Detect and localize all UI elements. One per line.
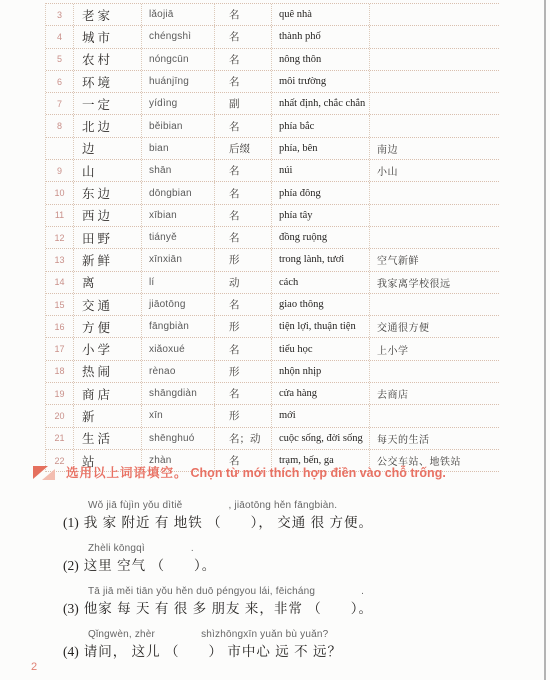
vocab-row: 16 方便 fāngbiàn 形 tiện lợi, thuận tiện 交通… [46,316,499,338]
vietnamese-meaning: trong lành, tươi [271,249,369,270]
example-phrase: 上小学 [369,338,499,359]
pinyin: xīn [141,405,214,426]
row-number: 13 [46,249,73,270]
example-phrase [369,294,499,315]
part-of-speech: 名 [214,26,271,47]
chinese-word: 农村 [73,49,141,70]
row-number: 16 [46,316,73,337]
chinese-word: 方便 [73,316,141,337]
vietnamese-meaning: núi [271,160,369,181]
row-number [46,138,73,159]
part-of-speech: 名；动 [214,428,271,449]
vietnamese-meaning: phía, bên [271,138,369,159]
vocab-row: 13 新鲜 xīnxiān 形 trong lành, tươi 空气新鲜 [46,249,499,271]
vietnamese-meaning: cách [271,272,369,293]
vietnamese-meaning: giao thông [271,294,369,315]
pinyin: tiányě [141,227,214,248]
section-title-vietnamese: Chọn từ mới thích hợp điền vào chỗ trống… [191,466,446,480]
pinyin: jiāotōng [141,294,214,315]
pinyin: dōngbian [141,182,214,203]
exercise-pinyin-line: Wǒ jiā fùjìn yǒu dìtiě, jiāotōng hěn fān… [88,499,513,513]
vocab-row: 12 田野 tiányě 名 đồng ruộng [46,227,499,249]
example-phrase: 交通很方便 [369,316,499,337]
example-phrase [369,361,499,382]
exercise-pinyin-line: Tā jiā měi tiān yǒu hěn duō péngyou lái,… [88,585,513,599]
example-phrase [369,93,499,114]
pinyin: nóngcūn [141,49,214,70]
row-number: 10 [46,182,73,203]
exercise-chinese-text: 我 家 附近 有 地铁 （ ）， 交通 很 方便。 [84,515,373,530]
vietnamese-meaning: nhất định, chắc chắn [271,93,369,114]
exercise-chinese-line: (3)他家 每 天 有 很 多 朋友 来，非常 （ ）。 [63,599,513,619]
example-phrase [369,49,499,70]
vocab-row: 18 热闹 rènao 形 nhộn nhịp [46,361,499,383]
exercise-number: (2) [63,558,79,573]
vietnamese-meaning: tiểu học [271,338,369,359]
part-of-speech: 动 [214,272,271,293]
pinyin: huánjīng [141,71,214,92]
row-number: 14 [46,272,73,293]
vocab-row: 3 老家 lǎojiā 名 quê nhà [46,4,499,26]
example-phrase: 去商店 [369,383,499,404]
vocab-row: 10 东边 dōngbian 名 phía đông [46,182,499,204]
vocab-row: 19 商店 shāngdiàn 名 cửa hàng 去商店 [46,383,499,405]
row-number: 18 [46,361,73,382]
vocab-row: 8 北边 běibian 名 phía bắc [46,115,499,137]
pinyin: xīnxiān [141,249,214,270]
chinese-word: 商店 [73,383,141,404]
pinyin: běibian [141,115,214,136]
pinyin: bian [141,138,214,159]
pinyin: fāngbiàn [141,316,214,337]
vocab-row: 11 西边 xībian 名 phía tây [46,205,499,227]
vocab-row: 4 城市 chéngshì 名 thành phố [46,26,499,48]
exercise-list: Wǒ jiā fùjìn yǒu dìtiě, jiāotōng hěn fān… [63,499,513,671]
part-of-speech: 形 [214,361,271,382]
vocab-row: 21 生活 shēnghuó 名；动 cuộc sống, đời sống 每… [46,428,499,450]
vocab-table: 3 老家 lǎojiā 名 quê nhà 4 城市 chéngshì 名 th… [45,3,499,472]
row-number: 20 [46,405,73,426]
example-phrase [369,4,499,25]
example-phrase: 每天的生活 [369,428,499,449]
part-of-speech: 后缀 [214,138,271,159]
page-number: 2 [31,661,37,673]
chinese-word: 新鲜 [73,249,141,270]
chinese-word: 山 [73,160,141,181]
vietnamese-meaning: đồng ruộng [271,227,369,248]
exercise-section-header: 选用以上词语填空。Chọn từ mới thích hợp điền vào … [33,465,446,482]
example-phrase [369,71,499,92]
chinese-word: 一定 [73,93,141,114]
chinese-word: 环境 [73,71,141,92]
exercise-chinese-line: (1)我 家 附近 有 地铁 （ ）， 交通 很 方便。 [63,513,513,533]
pinyin: rènao [141,361,214,382]
pinyin: lǎojiā [141,4,214,25]
part-of-speech: 形 [214,249,271,270]
vocab-row: 15 交通 jiāotōng 名 giao thông [46,294,499,316]
part-of-speech: 名 [214,49,271,70]
vietnamese-meaning: cửa hàng [271,383,369,404]
part-of-speech: 名 [214,160,271,181]
exercise-chinese-text: 他家 每 天 有 很 多 朋友 来，非常 （ ）。 [84,601,373,616]
vietnamese-meaning: mới [271,405,369,426]
exercise-number: (3) [63,601,79,616]
exercise-item: Tā jiā měi tiān yǒu hěn duō péngyou lái,… [63,585,513,619]
pinyin: xiǎoxué [141,338,214,359]
part-of-speech: 名 [214,115,271,136]
pinyin: lí [141,272,214,293]
exercise-pinyin-line: Zhèli kōngqì. [88,542,513,556]
chinese-word: 生活 [73,428,141,449]
chinese-word: 小学 [73,338,141,359]
exercise-chinese-line: (4)请问， 这儿 （ ） 市中心 远 不 远？ [63,642,513,662]
exercise-chinese-text: 这里 空气 （ ）。 [84,558,217,573]
part-of-speech: 名 [214,383,271,404]
part-of-speech: 名 [214,4,271,25]
part-of-speech: 形 [214,405,271,426]
row-number: 12 [46,227,73,248]
row-number: 6 [46,71,73,92]
part-of-speech: 名 [214,338,271,359]
chinese-word: 田野 [73,227,141,248]
exercise-chinese-line: (2)这里 空气 （ ）。 [63,556,513,576]
vietnamese-meaning: cuộc sống, đời sống [271,428,369,449]
example-phrase [369,205,499,226]
part-of-speech: 名 [214,71,271,92]
section-title: 选用以上词语填空。Chọn từ mới thích hợp điền vào … [66,465,446,482]
row-number: 3 [46,4,73,25]
vietnamese-meaning: nhộn nhịp [271,361,369,382]
example-phrase [369,227,499,248]
part-of-speech: 名 [214,294,271,315]
exercise-item: Wǒ jiā fùjìn yǒu dìtiě, jiāotōng hěn fān… [63,499,513,533]
example-phrase [369,26,499,47]
example-phrase [369,115,499,136]
chinese-word: 热闹 [73,361,141,382]
vocab-row: 7 一定 yídìng 副 nhất định, chắc chắn [46,93,499,115]
pinyin: shēnghuó [141,428,214,449]
pinyin: xībian [141,205,214,226]
section-title-chinese: 选用以上词语填空。 [66,466,188,480]
chinese-word: 离 [73,272,141,293]
pinyin: chéngshì [141,26,214,47]
row-number: 11 [46,205,73,226]
chinese-word: 西边 [73,205,141,226]
vocab-row: 边 bian 后缀 phía, bên 南边 [46,138,499,160]
row-number: 9 [46,160,73,181]
row-number: 7 [46,93,73,114]
vietnamese-meaning: quê nhà [271,4,369,25]
scanned-page-edge [544,0,546,680]
example-phrase: 南边 [369,138,499,159]
example-phrase [369,182,499,203]
exercise-number: (1) [63,515,79,530]
row-number: 5 [46,49,73,70]
row-number: 15 [46,294,73,315]
row-number: 17 [46,338,73,359]
part-of-speech: 名 [214,205,271,226]
vocab-row: 20 新 xīn 形 mới [46,405,499,427]
exercise-item: Qǐngwèn, zhèrshìzhōngxīn yuǎn bù yuǎn? (… [63,628,513,662]
chinese-word: 交通 [73,294,141,315]
example-phrase: 小山 [369,160,499,181]
example-phrase: 空气新鲜 [369,249,499,270]
exercise-number: (4) [63,644,79,659]
chinese-word: 新 [73,405,141,426]
vocab-row: 9 山 shān 名 núi 小山 [46,160,499,182]
pinyin: shāngdiàn [141,383,214,404]
vietnamese-meaning: tiện lợi, thuận tiện [271,316,369,337]
row-number: 8 [46,115,73,136]
vocab-row: 14 离 lí 动 cách 我家离学校很远 [46,272,499,294]
chinese-word: 城市 [73,26,141,47]
pinyin: yídìng [141,93,214,114]
example-phrase [369,405,499,426]
part-of-speech: 形 [214,316,271,337]
row-number: 19 [46,383,73,404]
row-number: 4 [46,26,73,47]
vietnamese-meaning: phía đông [271,182,369,203]
vietnamese-meaning: phía tây [271,205,369,226]
exercise-chinese-text: 请问， 这儿 （ ） 市中心 远 不 远？ [84,644,342,659]
vocab-row: 6 环境 huánjīng 名 môi trường [46,71,499,93]
example-phrase: 我家离学校很远 [369,272,499,293]
part-of-speech: 副 [214,93,271,114]
chinese-word: 东边 [73,182,141,203]
exercise-item: Zhèli kōngqì. (2)这里 空气 （ ）。 [63,542,513,576]
vietnamese-meaning: thành phố [271,26,369,47]
part-of-speech: 名 [214,227,271,248]
chinese-word: 北边 [73,115,141,136]
part-of-speech: 名 [214,182,271,203]
chinese-word: 边 [73,138,141,159]
pinyin: shān [141,160,214,181]
chinese-word: 老家 [73,4,141,25]
vietnamese-meaning: môi trường [271,71,369,92]
vocab-row: 17 小学 xiǎoxué 名 tiểu học 上小学 [46,338,499,360]
triangle-flag-icon [33,466,61,481]
row-number: 21 [46,428,73,449]
exercise-pinyin-line: Qǐngwèn, zhèrshìzhōngxīn yuǎn bù yuǎn? [88,628,513,642]
vietnamese-meaning: phía bắc [271,115,369,136]
vietnamese-meaning: nông thôn [271,49,369,70]
vocab-row: 5 农村 nóngcūn 名 nông thôn [46,49,499,71]
